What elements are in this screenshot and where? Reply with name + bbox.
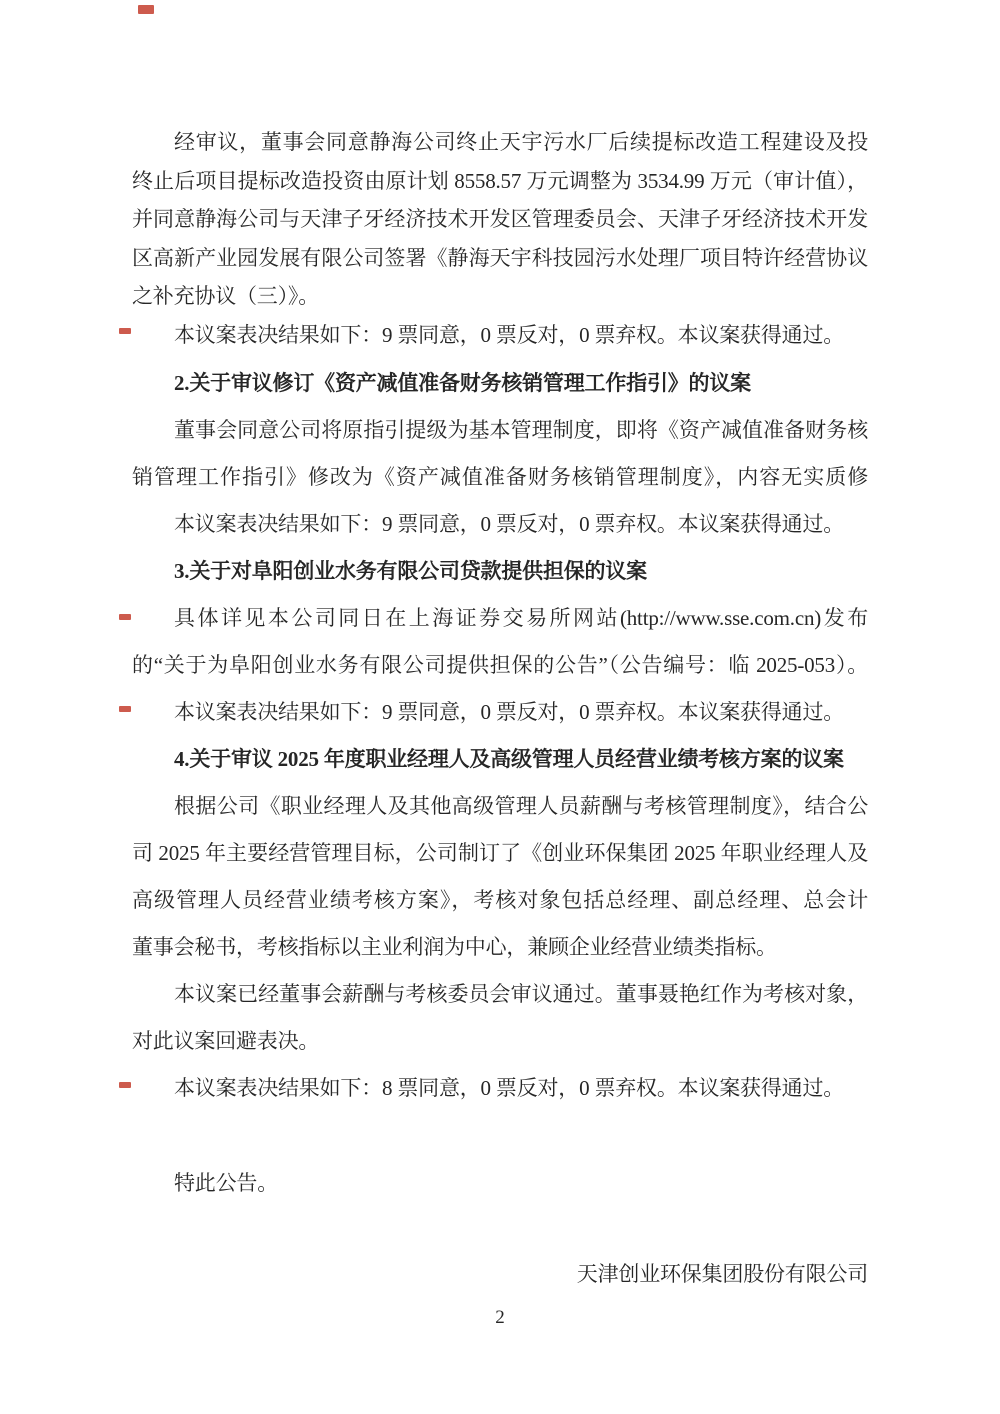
document-page: 经审议，董事会同意静海公司终止天宇污水厂后续提标改造工程建设及投资， 终止后项目… <box>0 0 1000 1414</box>
para-1-line-2: 终止后项目提标改造投资由原计划 8558.57 万元调整为 3534.99 万元… <box>132 162 868 201</box>
para-1-line-5: 之补充协议（三）》。 <box>132 277 868 316</box>
closing-line: 特此公告。 <box>132 1160 868 1207</box>
para-5-line-2: 对此议案回避表决。 <box>132 1018 868 1065</box>
para-1-line-1: 经审议，董事会同意静海公司终止天宇污水厂后续提标改造工程建设及投资， <box>132 123 868 162</box>
vote-result-2: 本议案表决结果如下：9 票同意，0 票反对，0 票弃权。本议案获得通过。 <box>132 501 868 548</box>
page-number: 2 <box>0 1298 1000 1338</box>
para-1-line-4: 区高新产业园发展有限公司签署《静海天宇科技园污水处理厂项目特许经营协议 <box>132 239 868 278</box>
para-1-line-3: 并同意静海公司与天津子牙经济技术开发区管理委员会、天津子牙经济技术开发 <box>132 200 868 239</box>
para-3-line-2: 的“关于为阜阳创业水务有限公司提供担保的公告”（公告编号：临 2025-053）… <box>132 642 868 689</box>
vote-result-1: 本议案表决结果如下：9 票同意，0 票反对，0 票弃权。本议案获得通过。 <box>132 316 868 355</box>
section-heading-4: 4.关于审议 2025 年度职业经理人及高级管理人员经营业绩考核方案的议案 <box>132 736 868 783</box>
company-signature: 天津创业环保集团股份有限公司 <box>132 1251 868 1298</box>
scan-artifact-mark <box>119 706 131 712</box>
vote-result-3: 本议案表决结果如下：9 票同意，0 票反对，0 票弃权。本议案获得通过。 <box>132 689 868 736</box>
scan-artifact-mark <box>119 328 131 334</box>
document-body: 经审议，董事会同意静海公司终止天宇污水厂后续提标改造工程建设及投资， 终止后项目… <box>0 0 1000 1298</box>
para-4-line-1: 根据公司《职业经理人及其他高级管理人员薪酬与考核管理制度》，结合公 <box>132 783 868 830</box>
scan-artifact-mark <box>138 5 154 14</box>
para-4-line-4: 董事会秘书，考核指标以主业利润为中心，兼顾企业经营业绩类指标。 <box>132 924 868 971</box>
section-heading-3: 3.关于对阜阳创业水务有限公司贷款提供担保的议案 <box>132 548 868 595</box>
para-2-line-1: 董事会同意公司将原指引提级为基本管理制度，即将《资产减值准备财务核 <box>132 407 868 454</box>
para-4-line-3: 高级管理人员经营业绩考核方案》，考核对象包括总经理、副总经理、总会计师、 <box>132 877 868 924</box>
para-4-line-2: 司 2025 年主要经营管理目标，公司制订了《创业环保集团 2025 年职业经理… <box>132 830 868 877</box>
scan-artifact-mark <box>119 1082 131 1088</box>
para-5-line-1: 本议案已经董事会薪酬与考核委员会审议通过。董事聂艳红作为考核对象， <box>132 971 868 1018</box>
para-2-line-2: 销管理工作指引》修改为《资产减值准备财务核销管理制度》，内容无实质修订。 <box>132 454 868 501</box>
section-heading-2: 2.关于审议修订《资产减值准备财务核销管理工作指引》的议案 <box>132 360 868 407</box>
para-3-line-1: 具体详见本公司同日在上海证券交易所网站(http://www.sse.com.c… <box>132 595 868 642</box>
scan-artifact-mark <box>119 614 131 620</box>
vote-result-4: 本议案表决结果如下：8 票同意，0 票反对，0 票弃权。本议案获得通过。 <box>132 1065 868 1112</box>
